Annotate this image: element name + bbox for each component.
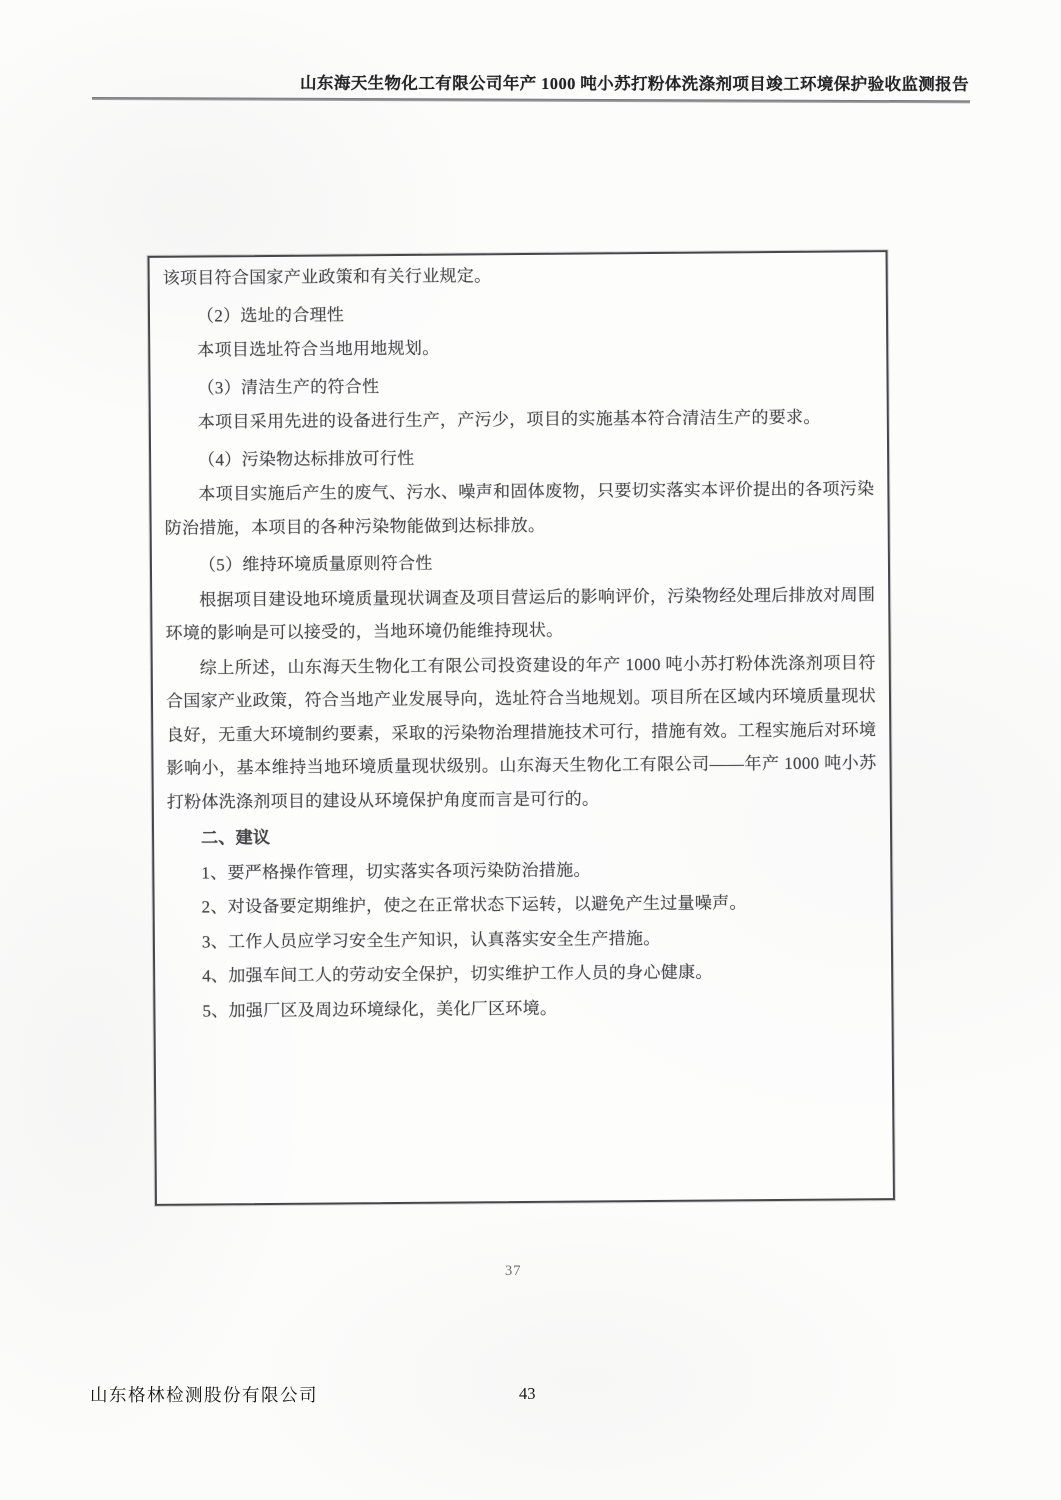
section-heading-suggestions: 二、建议 bbox=[167, 816, 877, 855]
recommendation-item-5: 5、加强厂区及周边环境绿化，美化厂区环境。 bbox=[168, 989, 878, 1028]
subsection-heading-4: （4）污染物达标排放可行性 bbox=[164, 438, 874, 477]
header-divider bbox=[92, 97, 970, 103]
inner-page-number: 37 bbox=[505, 1263, 522, 1280]
recommendation-item-4: 4、加强车间工人的劳动安全保护，切实维护工作人员的身心健康。 bbox=[168, 954, 878, 993]
body-paragraph: 本项目选址符合当地用地规划。 bbox=[163, 328, 873, 367]
content-box: 该项目符合国家产业政策和有关行业规定。 （2）选址的合理性 本项目选址符合当地用… bbox=[148, 250, 895, 1206]
footer-page-number: 43 bbox=[519, 1384, 536, 1404]
conclusion-paragraph: 综上所述，山东海天生物化工有限公司投资建设的年产 1000 吨小苏打粉体洗涤剂项… bbox=[166, 646, 877, 819]
page-header-title: 山东海天生物化工有限公司年产 1000 吨小苏打粉体洗涤剂项目竣工环境保护验收监… bbox=[93, 69, 969, 95]
subsection-heading-5: （5）维持环境质量原则符合性 bbox=[165, 543, 875, 582]
recommendation-item-3: 3、工作人员应学习安全生产知识，认真落实安全生产措施。 bbox=[168, 920, 878, 959]
recommendation-item-2: 2、对设备要定期维护，使之在正常状态下运转，以避免产生过量噪声。 bbox=[168, 885, 878, 924]
footer-company-name: 山东格林检测股份有限公司 bbox=[90, 1382, 318, 1407]
body-paragraph: 根据项目建设地环境质量现状调查及项目营运后的影响评价，污染物经处理后排放对周围环… bbox=[165, 578, 876, 651]
document-page: 山东海天生物化工有限公司年产 1000 吨小苏打粉体洗涤剂项目竣工环境保护验收监… bbox=[0, 0, 1061, 1500]
subsection-heading-3: （3）清洁生产的符合性 bbox=[163, 366, 873, 405]
body-paragraph: 本项目采用先进的设备进行生产，产污少，项目的实施基本符合清洁生产的要求。 bbox=[164, 400, 874, 439]
recommendation-item-1: 1、要严格操作管理，切实落实各项污染防治措施。 bbox=[167, 851, 877, 890]
body-paragraph: 本项目实施后产生的废气、污水、噪声和固体废物，只要切实落实本评价提出的各项污染防… bbox=[164, 472, 875, 545]
continuation-paragraph: 该项目符合国家产业政策和有关行业规定。 bbox=[163, 256, 873, 295]
subsection-heading-2: （2）选址的合理性 bbox=[163, 294, 873, 333]
